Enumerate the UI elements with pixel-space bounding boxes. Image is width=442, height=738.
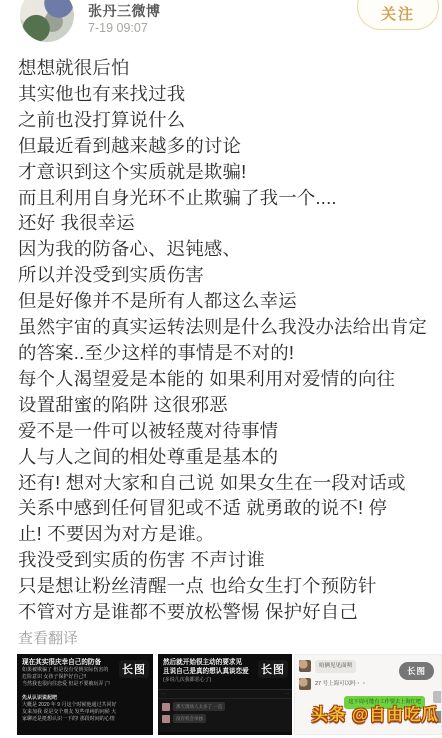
view-translation-link[interactable]: 查看翻译 <box>18 627 78 648</box>
thumb1-line: 当然我也很向往恋爱 但是不要被玩弄了! <box>22 681 148 688</box>
thumb1-line: 家聊还是挺想认识一下的! 那段时间的心情 <box>22 716 148 723</box>
thumb2-chat-screenshot: ······ 那天现场人太多了 一直 没有机会单独 <box>158 689 292 732</box>
long-image-badge: 长图 <box>258 660 288 678</box>
user-avatar[interactable] <box>20 0 74 42</box>
post-timestamp: 7-19 09:07 <box>88 21 148 35</box>
username[interactable]: 张丹三微博 <box>88 1 161 21</box>
toutiao-watermark: 头条 @自由吃瓜 <box>311 701 439 725</box>
follow-button[interactable]: 关注 <box>357 0 439 30</box>
incoming-chat-text: 27 号上海可以吗・・ <box>315 678 367 691</box>
post-body-text: 想想就很后怕 其实他也有来找过我 之前也没打算说什么 但最近看到越来越多的讨论 … <box>18 55 434 625</box>
thumb1-line: 大概是 2020 年 9 月这个时候他通过共同好 <box>22 702 148 709</box>
chat-avatar <box>299 660 311 672</box>
weibo-post-card: 张丹三微博 7-19 09:07 关注 想想就很后怕 其实他也有来找过我 之前也… <box>0 0 442 738</box>
chat-avatar <box>299 678 311 690</box>
incoming-chat-bubble: 咱俩见见面呗 <box>315 660 356 673</box>
chat-avatar <box>162 703 170 711</box>
thumbnail-long-image-2[interactable]: 然后就开始很主动的要求见 且说自己是真的想认真谈恋爱 (多说几次我都恶心了) ·… <box>158 654 292 735</box>
thumbnail-long-image-1[interactable]: 现在其实很庆幸自己的防备 如果被欺骗了 但是没有受到实际伤害的 危险意识 女孩子… <box>17 654 153 735</box>
chat-avatar <box>162 715 170 723</box>
long-image-badge: 长图 <box>399 662 434 680</box>
thumb1-line: 先从认识说起吧 <box>22 695 148 702</box>
chat-bubble: 没有机会单独 <box>173 714 206 723</box>
long-image-badge: 长图 <box>119 660 149 678</box>
chat-bubble: 那天现场人太多了 一直 <box>173 702 225 711</box>
